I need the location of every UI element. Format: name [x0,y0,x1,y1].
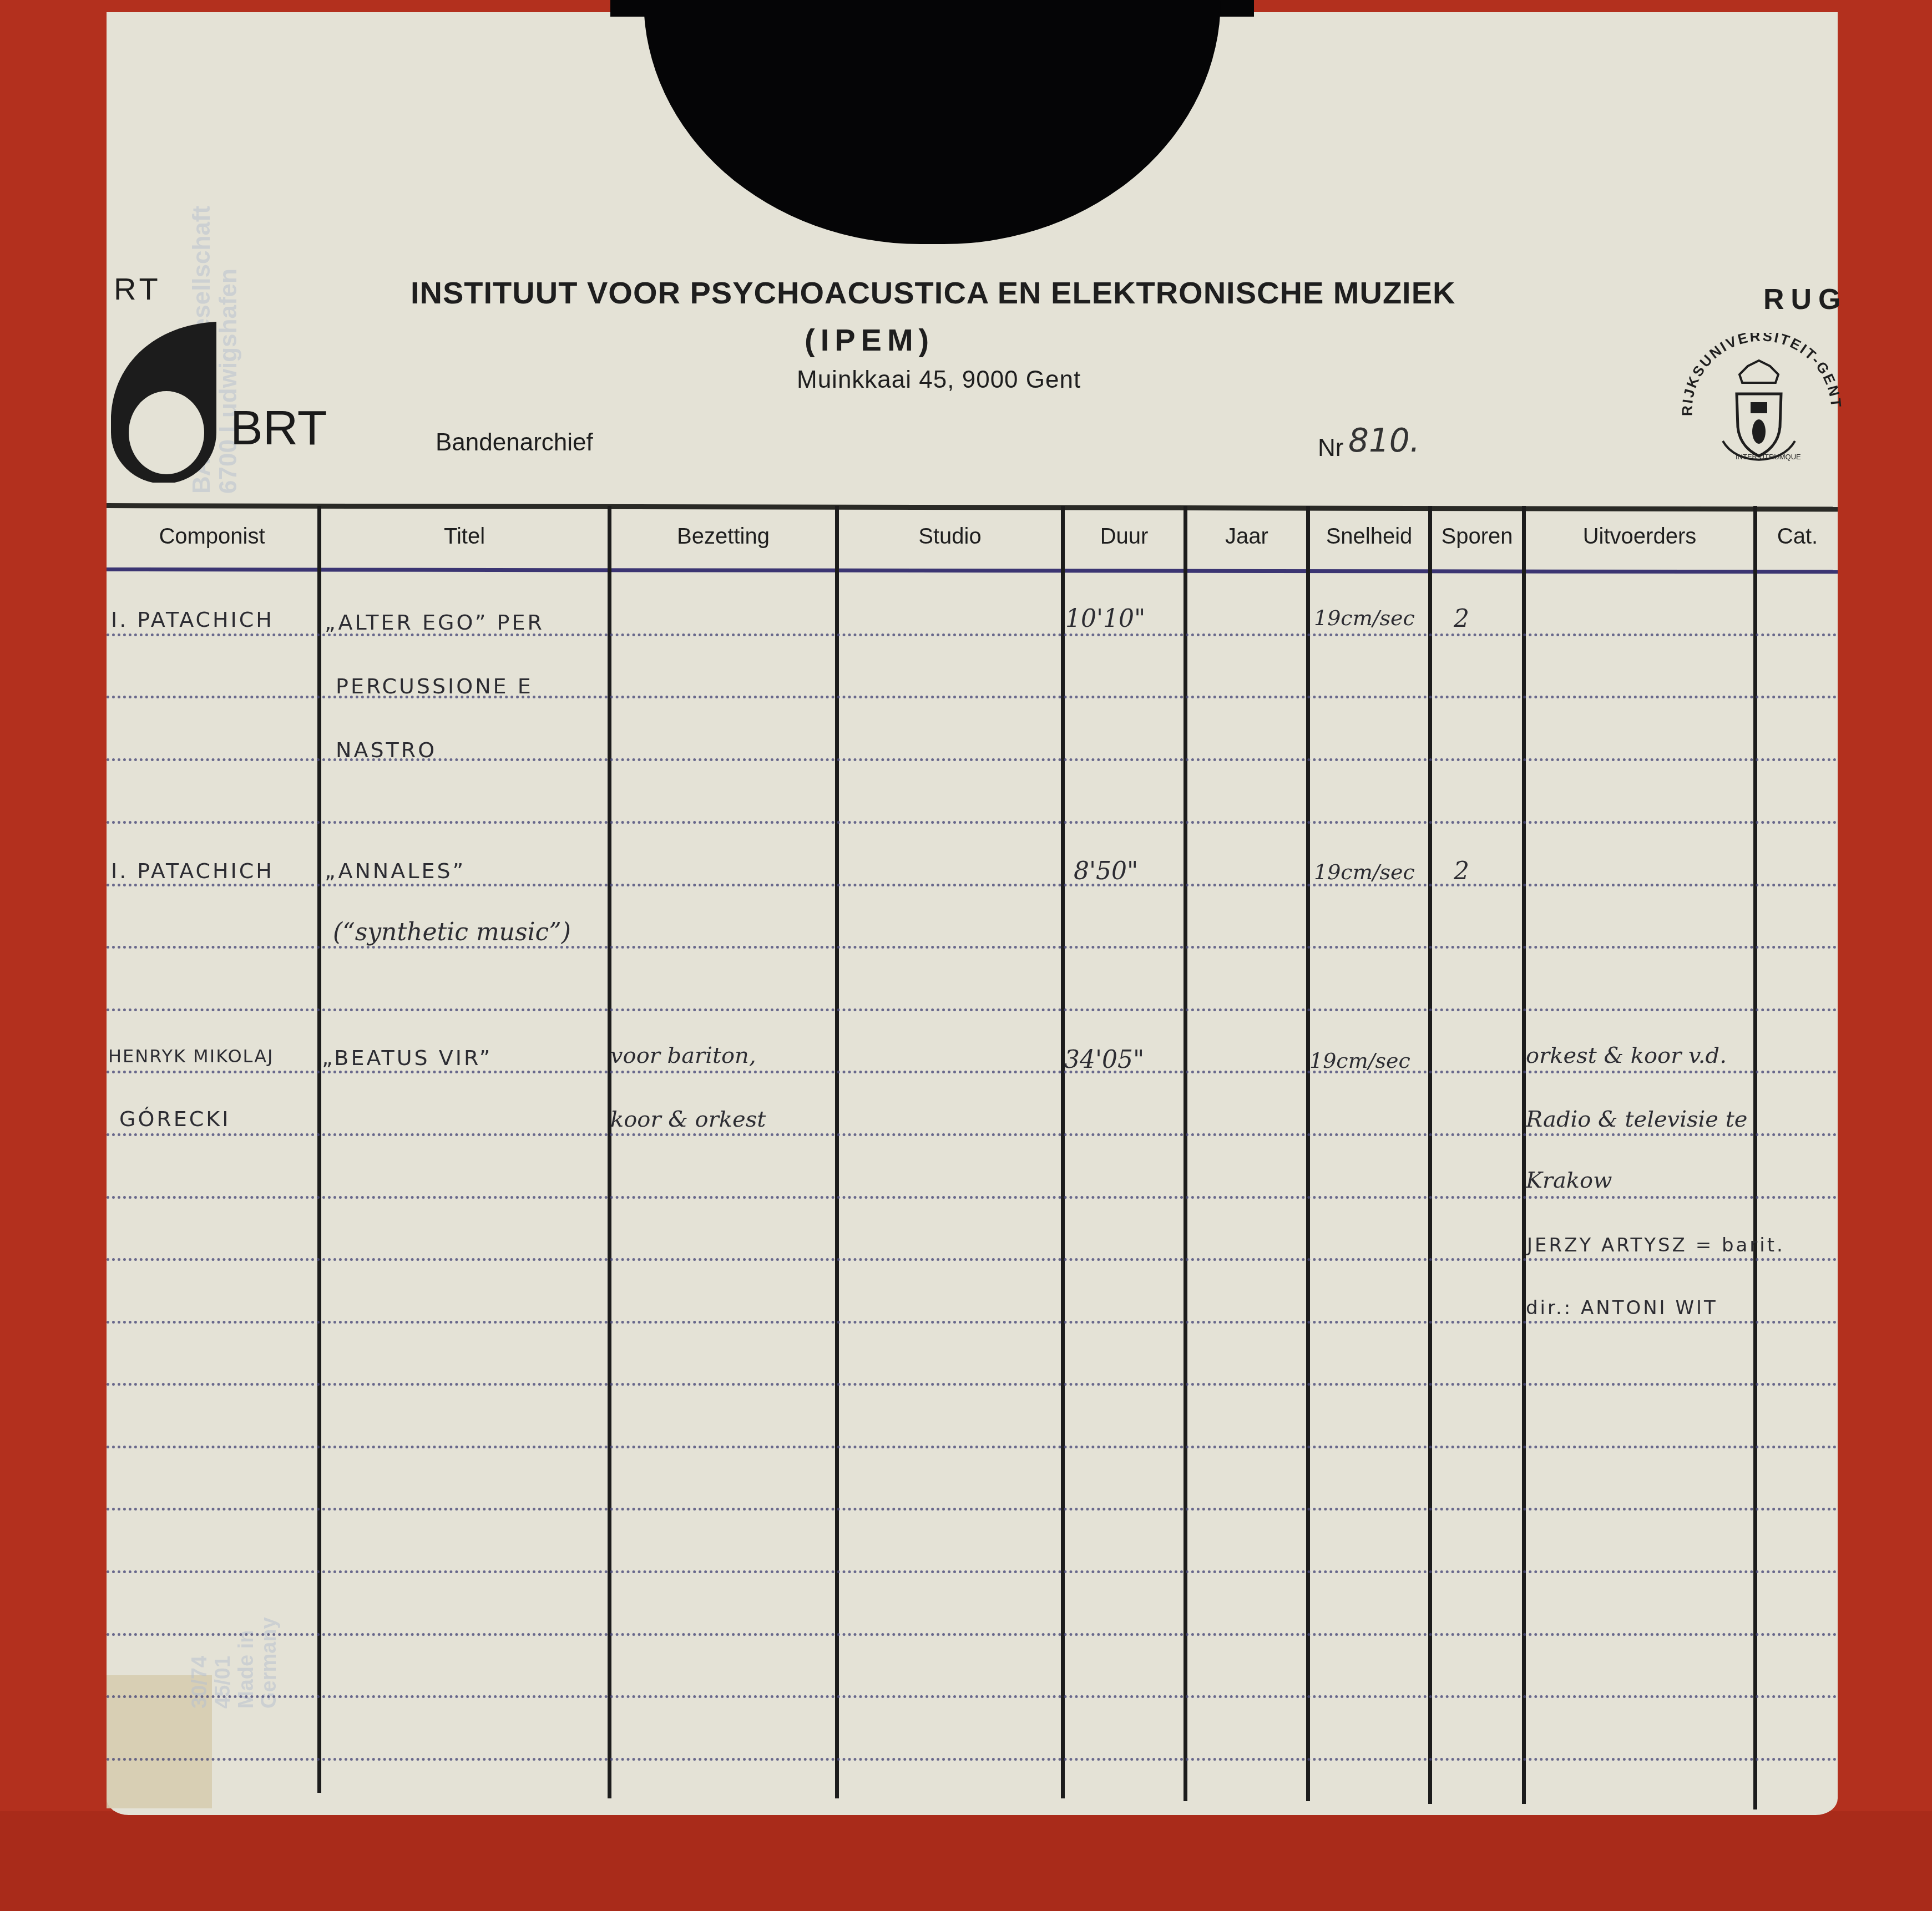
ruled-line [107,1008,1838,1011]
left-tag: RT [114,271,161,307]
column-divider [1522,506,1526,1804]
column-header-sporen: Sporen [1432,524,1522,549]
cell-uitvoerders-line: Krakow [1526,1168,1612,1193]
column-divider [1184,506,1187,1801]
svg-text:INTER UTRUMQUE: INTER UTRUMQUE [1736,453,1801,461]
ruled-line [107,1071,1838,1073]
cell-duur: 34'05" [1064,1046,1144,1074]
cell-titel-line: PERCUSSIONE E [336,674,533,698]
cell-snelheid: 19cm/sec [1314,606,1415,630]
ruled-line [107,1695,1838,1698]
cell-uitvoerders-line: dir.: ANTONI WIT [1526,1297,1718,1319]
cell-titel-line: NASTRO [336,738,437,762]
column-divider [835,506,839,1798]
ruled-line [107,1633,1838,1636]
cell-sporen: 2 [1454,605,1469,633]
cell-snelheid: 19cm/sec [1309,1048,1410,1073]
ruled-line [107,1446,1838,1448]
column-header-cat: Cat. [1757,524,1838,549]
ruled-line [107,884,1838,886]
column-divider [1753,506,1757,1809]
university-seal-icon: RIJKSUNIVERSITEIT-GENT INTER UTRUMQUE [1670,333,1848,477]
ruled-line [107,1133,1838,1136]
brt-wordmark: BRT [230,399,327,456]
cell-snelheid: 19cm/sec [1314,860,1415,884]
cell-bezetting-line: koor & orkest [610,1107,766,1132]
column-divider [608,506,611,1798]
number-value: 810. [1348,422,1420,459]
cell-uitvoerders-line: orkest & koor v.d. [1526,1043,1727,1068]
brt-logo-icon [108,322,219,483]
number-label: Nr [1318,434,1343,462]
cell-componist: HENRYK MIKOLAJ [108,1046,274,1067]
cell-duur: 10'10" [1065,605,1145,633]
column-header-duur: Duur [1065,524,1184,549]
column-divider [1061,506,1065,1798]
ruled-line [107,1258,1838,1261]
institute-address: Muinkkaai 45, 9000 Gent [797,366,1081,394]
column-header-bezetting: Bezetting [611,524,835,549]
cell-uitvoerders-line: Radio & televisie te [1526,1107,1747,1132]
cell-uitvoerders-line: JERZY ARTYSZ = barit. [1527,1234,1785,1256]
cell-componist: I. PATACHICH [111,607,274,632]
cell-titel-line: „ANNALES” [325,859,466,883]
column-header-snelheid: Snelheid [1310,524,1428,549]
institute-title: INSTITUUT VOOR PSYCHOACUSTICA EN ELEKTRO… [411,275,1455,311]
cell-titel-line: (“synthetic music”) [333,918,571,946]
column-divider [1428,506,1432,1804]
ruled-line [107,1321,1838,1324]
watermark-bottom: 30/74 45/01 Made in Germany [189,1542,281,1709]
column-divider [1306,506,1310,1801]
column-header-uitvoerders: Uitvoerders [1526,524,1753,549]
column-header-componist: Componist [107,524,317,549]
cell-componist: GÓRECKI [119,1107,230,1131]
ruled-line [107,1196,1838,1199]
cell-sporen: 2 [1454,857,1469,885]
institute-acronym: (IPEM) [805,322,934,358]
column-divider [317,506,321,1793]
archive-label: Bandenarchief [436,429,593,457]
right-tag: RUG [1763,283,1848,316]
cell-componist: I. PATACHICH [111,859,274,883]
ruled-line [107,1508,1838,1510]
sleeve-bottom-flap [0,1811,1932,1911]
ruled-line [107,1758,1838,1761]
cell-duur: 8'50" [1074,857,1138,885]
column-header-studio: Studio [839,524,1061,549]
cell-bezetting-line: voor bariton, [610,1043,756,1068]
ruled-line [107,1383,1838,1386]
ruled-line [107,1570,1838,1573]
column-header-jaar: Jaar [1187,524,1306,549]
cell-titel-line: „ALTER EGO” PER [325,610,544,635]
ruled-line [107,821,1838,824]
cell-titel-line: „BEATUS VIR” [322,1046,493,1070]
column-header-titel: Titel [321,524,608,549]
